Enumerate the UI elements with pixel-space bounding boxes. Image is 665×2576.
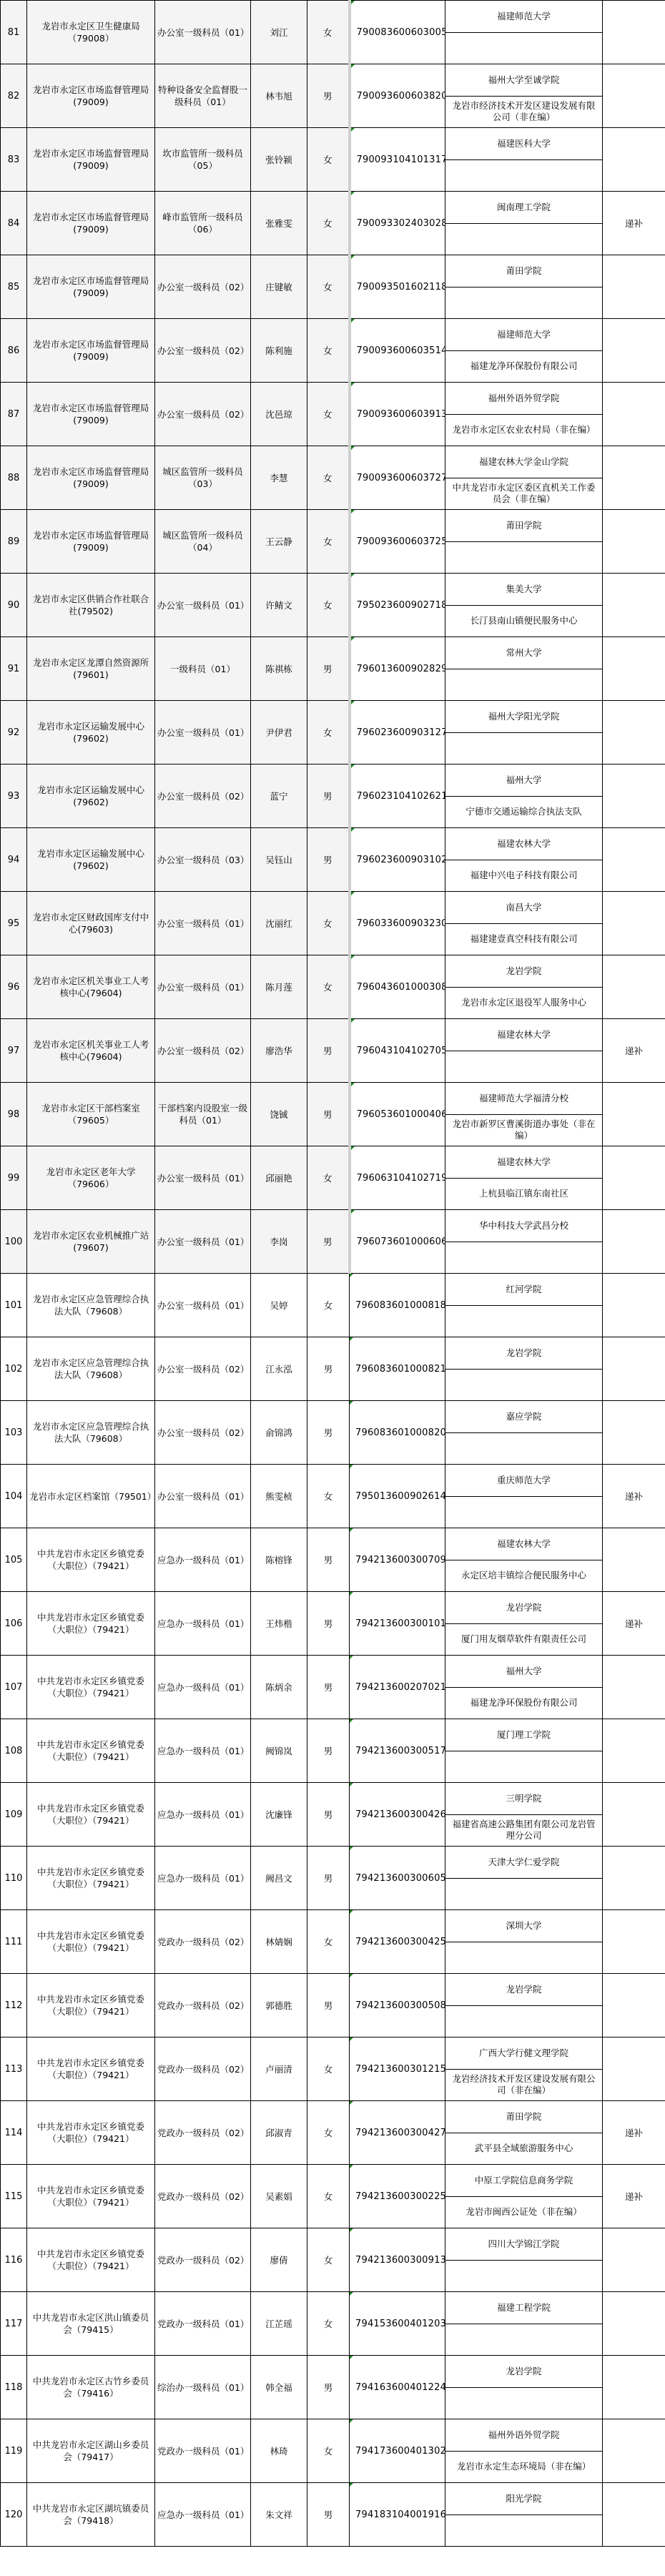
- graduated-school: 龙岩学院: [445, 1974, 602, 2006]
- education-work-cell: 广西大学行健文理学院 龙岩经济技术开发区建设发展有限公司（非在编）: [445, 2037, 603, 2101]
- candidate-name: 韩全福: [251, 2356, 307, 2419]
- graduated-school: 福建师范大学: [445, 1, 602, 33]
- employer-unit: 中共龙岩市永定区湖坑镇委员会（79418）: [27, 2483, 155, 2547]
- exam-ticket-text: 796023104102621: [357, 791, 445, 802]
- comment-marker-icon: [351, 255, 355, 259]
- row-number: 107: [1, 1656, 27, 1719]
- table-row: 114 中共龙岩市永定区乡镇党委（大职位）（79421） 党政办一级科员（02）…: [1, 2101, 665, 2165]
- table-row: 85 龙岩市永定区市场监督管理局(79009) 办公室一级科员（02） 庄键敏 …: [1, 255, 665, 319]
- exam-ticket-text: 790093600603820: [357, 91, 445, 102]
- candidate-name: 林琦: [251, 2419, 307, 2483]
- graduated-school: 集美大学: [445, 574, 602, 606]
- exam-ticket-number: 790093600603725: [350, 510, 445, 574]
- candidate-gender: 女: [307, 701, 350, 765]
- graduated-school: 厦门理工学院: [445, 1719, 602, 1751]
- candidate-gender: 女: [307, 2292, 350, 2356]
- comment-marker-icon: [351, 446, 355, 450]
- exam-ticket-number: 790083600603005: [350, 1, 445, 64]
- remark: [603, 1783, 665, 1847]
- graduated-school: 重庆师范大学: [445, 1465, 602, 1497]
- comment-marker-icon: [350, 1274, 353, 1277]
- education-work-cell: 福建师范大学: [445, 1, 603, 64]
- row-number: 99: [1, 1146, 27, 1210]
- position-title: 办公室一级科员（02）: [155, 383, 251, 446]
- employer-unit: 中共龙岩市永定区乡镇党委（大职位）（79421）: [27, 1974, 155, 2037]
- exam-ticket-text: 796023600903127: [357, 727, 445, 738]
- comment-marker-icon: [351, 765, 355, 768]
- row-number: 111: [1, 1910, 27, 1974]
- position-title: 坎市监管所一级科员（05）: [155, 128, 251, 192]
- exam-ticket-text: 796043601000308: [357, 982, 445, 993]
- position-title: 办公室一级科员（01）: [155, 955, 251, 1019]
- exam-ticket-text: 794163600401224: [355, 2382, 445, 2393]
- exam-ticket-number: 796033600903230: [350, 892, 445, 955]
- education-work-cell: 华中科技大学武昌分校: [445, 1210, 603, 1274]
- row-number: 117: [1, 2292, 27, 2356]
- education-work-cell: 阳光学院: [445, 2483, 603, 2547]
- table-row: 96 龙岩市永定区机关事业工人考核中心(79604) 办公室一级科员（01） 陈…: [1, 955, 665, 1019]
- remark: [603, 828, 665, 892]
- exam-ticket-number: 790093600603727: [350, 446, 445, 510]
- candidate-name: 许鲭文: [251, 574, 307, 637]
- position-title: 办公室一级科员（01）: [155, 701, 251, 765]
- employer-unit: 中共龙岩市永定区乡镇党委（大职位）（79421）: [27, 1783, 155, 1847]
- employer-unit: 龙岩市永定区市场监督管理局(79009): [27, 319, 155, 383]
- graduated-school: 福建医科大学: [445, 128, 602, 160]
- row-number: 89: [1, 510, 27, 574]
- candidate-name: 沈邑琼: [251, 383, 307, 446]
- exam-ticket-number: 794213600300913: [350, 2228, 445, 2292]
- comment-marker-icon: [351, 64, 355, 68]
- position-title: 办公室一级科员（02）: [155, 1337, 251, 1401]
- exam-ticket-text: 794213600300517: [355, 1746, 445, 1756]
- position-title: 办公室一级科员（01）: [155, 1210, 251, 1274]
- row-number: 82: [1, 64, 27, 128]
- remark: [603, 1656, 665, 1719]
- remark: [603, 510, 665, 574]
- graduated-school: 福建师范大学福清分校: [445, 1083, 602, 1115]
- remark: [603, 1974, 665, 2037]
- row-number: 113: [1, 2037, 27, 2101]
- work-unit: [445, 733, 602, 765]
- table-row: 119 中共龙岩市永定区湖山乡委员会（79417） 党政办一级科员（01） 林琦…: [1, 2419, 665, 2483]
- work-unit: 福建中兴电子科技有限公司: [445, 860, 602, 892]
- work-unit: [445, 1497, 602, 1528]
- remark: [603, 701, 665, 765]
- work-unit: 福建龙净环保股份有限公司: [445, 351, 602, 383]
- candidate-gender: 男: [307, 1528, 350, 1592]
- exam-ticket-text: 790083600603005: [357, 27, 445, 38]
- graduated-school: 深圳大学: [445, 1910, 602, 1942]
- work-unit: [445, 2388, 602, 2419]
- work-unit: 厦门用友烟草软件有限责任公司: [445, 1624, 602, 1656]
- employer-unit: 龙岩市永定区干部档案室（79605）: [27, 1083, 155, 1146]
- education-work-cell: 福建农林大学 福建中兴电子科技有限公司: [445, 828, 603, 892]
- comment-marker-icon: [351, 828, 355, 832]
- exam-ticket-number: 794213600301215: [350, 2037, 445, 2101]
- exam-ticket-text: 790093600603514: [357, 345, 445, 356]
- graduated-school: 福州大学: [445, 765, 602, 797]
- candidate-name: 林婧娴: [251, 1910, 307, 1974]
- candidate-name: 吴素娟: [251, 2165, 307, 2228]
- education-work-cell: 南昌大学 福建建壹真空科技有限公司: [445, 892, 603, 955]
- position-title: 特种设备安全监督股一级科员（01）: [155, 64, 251, 128]
- candidate-name: 蓝宁: [251, 765, 307, 828]
- exam-ticket-text: 795023600902718: [357, 600, 445, 611]
- education-work-cell: 福州大学阳光学院: [445, 701, 603, 765]
- row-number: 110: [1, 1847, 27, 1910]
- graduated-school: 福州外语外贸学院: [445, 383, 602, 415]
- education-work-cell: 福建工程学院: [445, 2292, 603, 2356]
- exam-ticket-number: 796083601000820: [350, 1401, 445, 1465]
- table-row: 101 龙岩市永定区应急管理综合执法大队（79608） 办公室一级科员（01） …: [1, 1274, 665, 1337]
- exam-ticket-text: 796083601000818: [355, 1300, 445, 1311]
- candidate-name: 熊雯桢: [251, 1465, 307, 1528]
- candidate-gender: 男: [307, 1210, 350, 1274]
- candidate-name: 庄键敏: [251, 255, 307, 319]
- employer-unit: 中共龙岩市永定区洪山镇委员会（79415）: [27, 2292, 155, 2356]
- exam-ticket-text: 796053601000406: [357, 1109, 445, 1120]
- candidate-name: 朱文祥: [251, 2483, 307, 2547]
- exam-ticket-text: 796023600903102: [357, 855, 445, 865]
- row-number: 86: [1, 319, 27, 383]
- comment-marker-icon: [350, 2419, 353, 2423]
- table-row: 107 中共龙岩市永定区乡镇党委（大职位）（79421） 应急办一级科员（01）…: [1, 1656, 665, 1719]
- work-unit: [445, 1433, 602, 1465]
- candidate-name: 邱丽艳: [251, 1146, 307, 1210]
- education-work-cell: 重庆师范大学: [445, 1465, 603, 1528]
- position-title: 党政办一级科员（02）: [155, 1974, 251, 2037]
- employer-unit: 中共龙岩市永定区乡镇党委（大职位）（79421）: [27, 1910, 155, 1974]
- education-work-cell: 三明学院 福建省高速公路集团有限公司龙岩管理分公司: [445, 1783, 603, 1847]
- candidate-gender: 男: [307, 1592, 350, 1656]
- table-body: 81 龙岩市永定区卫生健康局（79008） 办公室一级科员（01） 刘江 女 7…: [1, 1, 665, 2547]
- table-row: 87 龙岩市永定区市场监督管理局(79009) 办公室一级科员（02） 沈邑琼 …: [1, 383, 665, 446]
- position-title: 党政办一级科员（02）: [155, 1910, 251, 1974]
- employer-unit: 龙岩市永定区龙潭自然资源所(79601): [27, 637, 155, 701]
- row-number: 95: [1, 892, 27, 955]
- work-unit: [445, 1370, 602, 1401]
- exam-ticket-number: 794213600300101: [350, 1592, 445, 1656]
- candidate-gender: 女: [307, 128, 350, 192]
- candidate-gender: 男: [307, 64, 350, 128]
- work-unit: [445, 33, 602, 64]
- employer-unit: 龙岩市永定区市场监督管理局(79009): [27, 255, 155, 319]
- candidate-gender: 男: [307, 1337, 350, 1401]
- row-number: 87: [1, 383, 27, 446]
- candidate-gender: 男: [307, 1656, 350, 1719]
- education-work-cell: 中原工学院信息商务学院 龙岩市闽西公证处（非在编）: [445, 2165, 603, 2228]
- comment-marker-icon: [350, 1783, 353, 1786]
- exam-ticket-number: 794213600300425: [350, 1910, 445, 1974]
- row-number: 108: [1, 1719, 27, 1783]
- comment-marker-icon: [350, 2292, 353, 2296]
- position-title: 办公室一级科员（03）: [155, 828, 251, 892]
- position-title: 应急办一级科员（01）: [155, 1719, 251, 1783]
- candidate-gender: 女: [307, 1146, 350, 1210]
- remark: [603, 1719, 665, 1783]
- education-work-cell: 天津大学仁爱学院: [445, 1847, 603, 1910]
- row-number: 88: [1, 446, 27, 510]
- row-number: 97: [1, 1019, 27, 1083]
- comment-marker-icon: [350, 2228, 353, 2232]
- exam-ticket-text: 794213600300709: [355, 1555, 445, 1565]
- exam-ticket-number: 794213600207021: [350, 1656, 445, 1719]
- education-work-cell: 嘉应学院: [445, 1401, 603, 1465]
- work-unit: [445, 1751, 602, 1783]
- employer-unit: 中共龙岩市永定区乡镇党委（大职位）（79421）: [27, 1528, 155, 1592]
- position-title: 办公室一级科员（02）: [155, 255, 251, 319]
- row-number: 120: [1, 2483, 27, 2547]
- remark: 递补: [603, 2101, 665, 2165]
- position-title: 应急办一级科员（01）: [155, 1528, 251, 1592]
- employer-unit: 中共龙岩市永定区乡镇党委（大职位）（79421）: [27, 2037, 155, 2101]
- candidate-name: 吴钰山: [251, 828, 307, 892]
- candidate-table: 81 龙岩市永定区卫生健康局（79008） 办公室一级科员（01） 刘江 女 7…: [0, 0, 665, 2547]
- table-row: 88 龙岩市永定区市场监督管理局(79009) 城区监管所一级科员（03） 李慧…: [1, 446, 665, 510]
- remark: [603, 1, 665, 64]
- work-unit: 长汀县南山镇便民服务中心: [445, 606, 602, 637]
- education-work-cell: 厦门理工学院: [445, 1719, 603, 1783]
- education-work-cell: 红河学院: [445, 1274, 603, 1337]
- comment-marker-icon: [350, 2483, 353, 2487]
- comment-marker-icon: [351, 192, 355, 195]
- graduated-school: 福建师范大学: [445, 319, 602, 351]
- candidate-gender: 女: [307, 319, 350, 383]
- exam-ticket-text: 790093104101317: [357, 154, 445, 165]
- position-title: 党政办一级科员（02）: [155, 2037, 251, 2101]
- candidate-name: 陈月莲: [251, 955, 307, 1019]
- position-title: 办公室一级科员（02）: [155, 765, 251, 828]
- row-number: 91: [1, 637, 27, 701]
- comment-marker-icon: [350, 1847, 353, 1850]
- graduated-school: 龙岩学院: [445, 955, 602, 988]
- candidate-name: 王云静: [251, 510, 307, 574]
- comment-marker-icon: [350, 1465, 353, 1468]
- education-work-cell: 集美大学 长汀县南山镇便民服务中心: [445, 574, 603, 637]
- table-row: 94 龙岩市永定区运输发展中心(79602) 办公室一级科员（03） 吴钰山 男…: [1, 828, 665, 892]
- row-number: 81: [1, 1, 27, 64]
- comment-marker-icon: [350, 2356, 353, 2359]
- employer-unit: 龙岩市永定区市场监督管理局(79009): [27, 64, 155, 128]
- education-work-cell: 福建师范大学 福建龙净环保股份有限公司: [445, 319, 603, 383]
- work-unit: [445, 542, 602, 574]
- exam-ticket-number: 790093104101317: [350, 128, 445, 192]
- remark: 递补: [603, 1019, 665, 1083]
- candidate-name: 饶铖: [251, 1083, 307, 1146]
- comment-marker-icon: [350, 2037, 353, 2041]
- education-work-cell: 福州大学 福建龙净环保股份有限公司: [445, 1656, 603, 1719]
- exam-ticket-text: 794213600207021: [355, 1682, 445, 1693]
- candidate-name: 李岗: [251, 1210, 307, 1274]
- work-unit: 龙岩市永定区退役军人服务中心: [445, 988, 602, 1019]
- work-unit: [445, 1242, 602, 1274]
- row-number: 106: [1, 1592, 27, 1656]
- table-row: 106 中共龙岩市永定区乡镇党委（大职位）（79421） 应急办一级科员（01）…: [1, 1592, 665, 1656]
- work-unit: [445, 2324, 602, 2356]
- candidate-gender: 女: [307, 383, 350, 446]
- remark: 递补: [603, 1465, 665, 1528]
- row-number: 93: [1, 765, 27, 828]
- table-row: 97 龙岩市永定区机关事业工人考核中心(79604) 办公室一级科员（02） 廖…: [1, 1019, 665, 1083]
- remark: [603, 2292, 665, 2356]
- table-row: 81 龙岩市永定区卫生健康局（79008） 办公室一级科员（01） 刘江 女 7…: [1, 1, 665, 64]
- exam-ticket-text: 794213600300605: [355, 1873, 445, 1884]
- employer-unit: 中共龙岩市永定区乡镇党委（大职位）（79421）: [27, 1847, 155, 1910]
- table-row: 99 龙岩市永定区老年大学（79606） 办公室一级科员（01） 邱丽艳 女 7…: [1, 1146, 665, 1210]
- remark: [603, 1210, 665, 1274]
- position-title: 应急办一级科员（01）: [155, 1783, 251, 1847]
- table-row: 90 龙岩市永定区供销合作社联合社(79502) 办公室一级科员（01） 许鲭文…: [1, 574, 665, 637]
- graduated-school: 福建工程学院: [445, 2292, 602, 2324]
- remark: [603, 1910, 665, 1974]
- exam-ticket-text: 796063104102719: [357, 1173, 445, 1184]
- comment-marker-icon: [350, 1337, 353, 1341]
- comment-marker-icon: [350, 1719, 353, 1723]
- remark: 递补: [603, 1592, 665, 1656]
- remark: [603, 255, 665, 319]
- row-number: 119: [1, 2419, 27, 2483]
- candidate-gender: 女: [307, 574, 350, 637]
- education-work-cell: 闽南理工学院: [445, 192, 603, 255]
- education-work-cell: 四川大学锦江学院: [445, 2228, 603, 2292]
- table-row: 102 龙岩市永定区应急管理综合执法大队（79608） 办公室一级科员（02） …: [1, 1337, 665, 1401]
- row-number: 109: [1, 1783, 27, 1847]
- position-title: 办公室一级科员（02）: [155, 1019, 251, 1083]
- graduated-school: 龙岩学院: [445, 2356, 602, 2388]
- table-row: 120 中共龙岩市永定区湖坑镇委员会（79418） 应急办一级科员（01） 朱文…: [1, 2483, 665, 2547]
- candidate-name: 江芷瑶: [251, 2292, 307, 2356]
- candidate-name: 廖倩: [251, 2228, 307, 2292]
- candidate-gender: 女: [307, 2165, 350, 2228]
- graduated-school: 福州外语外贸学院: [445, 2419, 602, 2452]
- comment-marker-icon: [350, 1656, 353, 1659]
- employer-unit: 龙岩市永定区应急管理综合执法大队（79608）: [27, 1274, 155, 1337]
- remark: [603, 1083, 665, 1146]
- table-row: 91 龙岩市永定区龙潭自然资源所(79601) 一级科员（01） 陈祺栋 男 7…: [1, 637, 665, 701]
- graduated-school: 福建农林大学金山学院: [445, 446, 602, 478]
- remark: 递补: [603, 192, 665, 255]
- position-title: 应急办一级科员（01）: [155, 1592, 251, 1656]
- exam-ticket-text: 790093600603725: [357, 536, 445, 547]
- work-unit: 龙岩经济技术开发区建设发展有限公司（非在编）: [445, 2070, 602, 2101]
- education-work-cell: 福建医科大学: [445, 128, 603, 192]
- employer-unit: 中共龙岩市永定区乡镇党委（大职位）（79421）: [27, 2165, 155, 2228]
- remark: [603, 637, 665, 701]
- exam-ticket-number: 796063104102719: [350, 1146, 445, 1210]
- exam-ticket-text: 794183104001916: [355, 2509, 445, 2520]
- row-number: 102: [1, 1337, 27, 1401]
- table-row: 118 中共龙岩市永定区古竹乡委员会（79416） 综治办一级科员（01） 韩全…: [1, 2356, 665, 2419]
- exam-ticket-number: 790093302403028: [350, 192, 445, 255]
- row-number: 98: [1, 1083, 27, 1146]
- exam-ticket-text: 796073601000606: [357, 1237, 445, 1247]
- exam-ticket-number: 796023104102621: [350, 765, 445, 828]
- row-number: 94: [1, 828, 27, 892]
- education-work-cell: 莆田学院 武平县全域旅游服务中心: [445, 2101, 603, 2165]
- position-title: 城区监管所一级科员（03）: [155, 446, 251, 510]
- education-work-cell: 龙岩学院: [445, 2356, 603, 2419]
- employer-unit: 龙岩市永定区运输发展中心(79602): [27, 765, 155, 828]
- position-title: 办公室一级科员（01）: [155, 892, 251, 955]
- candidate-gender: 女: [307, 2228, 350, 2292]
- position-title: 应急办一级科员（01）: [155, 1656, 251, 1719]
- exam-ticket-text: 794213600300426: [355, 1809, 445, 1820]
- row-number: 84: [1, 192, 27, 255]
- work-unit: [445, 2515, 602, 2547]
- comment-marker-icon: [351, 955, 355, 959]
- exam-ticket-text: 794213600300427: [355, 2128, 445, 2138]
- table-row: 116 中共龙岩市永定区乡镇党委（大职位）（79421） 党政办一级科员（02）…: [1, 2228, 665, 2292]
- candidate-gender: 男: [307, 2356, 350, 2419]
- row-number: 100: [1, 1210, 27, 1274]
- candidate-gender: 女: [307, 1274, 350, 1337]
- row-number: 118: [1, 2356, 27, 2419]
- comment-marker-icon: [351, 892, 355, 895]
- comment-marker-icon: [350, 1528, 353, 1532]
- work-unit: [445, 1942, 602, 1974]
- table-row: 108 中共龙岩市永定区乡镇党委（大职位）（79421） 应急办一级科员（01）…: [1, 1719, 665, 1783]
- row-number: 83: [1, 128, 27, 192]
- candidate-name: 刘江: [251, 1, 307, 64]
- exam-ticket-text: 794213600300225: [355, 2191, 445, 2202]
- exam-ticket-text: 794213600300913: [355, 2255, 445, 2266]
- comment-marker-icon: [351, 1019, 355, 1023]
- exam-ticket-text: 794213600300101: [355, 1618, 445, 1629]
- work-unit: 龙岩市闽西公证处（非在编）: [445, 2197, 602, 2228]
- row-number: 101: [1, 1274, 27, 1337]
- graduated-school: 福州大学至诚学院: [445, 64, 602, 97]
- table-row: 105 中共龙岩市永定区乡镇党委（大职位）（79421） 应急办一级科员（01）…: [1, 1528, 665, 1592]
- graduated-school: 南昌大学: [445, 892, 602, 924]
- remark: [603, 765, 665, 828]
- candidate-name: 郭德胜: [251, 1974, 307, 2037]
- work-unit: [445, 669, 602, 701]
- position-title: 党政办一级科员（02）: [155, 2228, 251, 2292]
- comment-marker-icon: [350, 1910, 353, 1914]
- remark: [603, 1847, 665, 1910]
- remark: [603, 128, 665, 192]
- position-title: 党政办一级科员（01）: [155, 2292, 251, 2356]
- table-row: 110 中共龙岩市永定区乡镇党委（大职位）（79421） 应急办一级科员（01）…: [1, 1847, 665, 1910]
- table-row: 98 龙岩市永定区干部档案室（79605） 干部档案内设股室一级科员（01） 饶…: [1, 1083, 665, 1146]
- exam-ticket-text: 795013600902614: [355, 1491, 445, 1502]
- position-title: 办公室一级科员（02）: [155, 1401, 251, 1465]
- exam-ticket-text: 794173600401302: [355, 2446, 445, 2457]
- graduated-school: 三明学院: [445, 1783, 602, 1815]
- remark: 递补: [603, 2165, 665, 2228]
- employer-unit: 中共龙岩市永定区乡镇党委（大职位）（79421）: [27, 1719, 155, 1783]
- position-title: 办公室一级科员（01）: [155, 1146, 251, 1210]
- employer-unit: 龙岩市永定区运输发展中心(79602): [27, 701, 155, 765]
- education-work-cell: 龙岩学院: [445, 1974, 603, 2037]
- work-unit: [445, 224, 602, 255]
- candidate-gender: 女: [307, 255, 350, 319]
- employer-unit: 龙岩市永定区市场监督管理局(79009): [27, 383, 155, 446]
- graduated-school: 闽南理工学院: [445, 192, 602, 224]
- candidate-gender: 女: [307, 955, 350, 1019]
- graduated-school: 莆田学院: [445, 255, 602, 287]
- graduated-school: 福州大学阳光学院: [445, 701, 602, 733]
- candidate-gender: 女: [307, 1, 350, 64]
- exam-ticket-number: 794213600300605: [350, 1847, 445, 1910]
- remark: [603, 1401, 665, 1465]
- row-number: 104: [1, 1465, 27, 1528]
- employer-unit: 龙岩市永定区市场监督管理局(79009): [27, 128, 155, 192]
- position-title: 办公室一级科员（02）: [155, 319, 251, 383]
- employer-unit: 中共龙岩市永定区湖山乡委员会（79417）: [27, 2419, 155, 2483]
- row-number: 116: [1, 2228, 27, 2292]
